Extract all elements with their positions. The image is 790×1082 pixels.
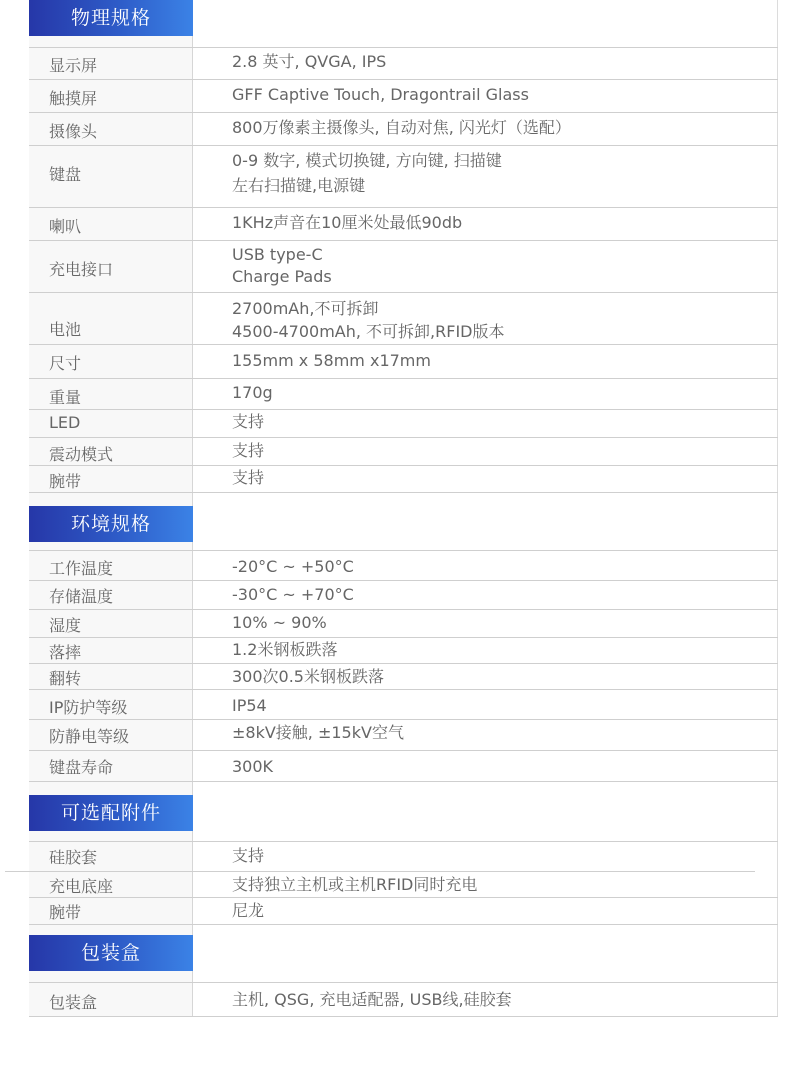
divider xyxy=(5,871,755,872)
spec-value: 300K xyxy=(232,756,772,778)
spec-value: USB type-C xyxy=(232,244,772,266)
spec-value: 1KHz声音在10厘米处最低90db xyxy=(232,212,772,234)
divider xyxy=(29,719,778,720)
spec-label: 充电底座 xyxy=(49,874,189,897)
divider xyxy=(29,841,778,842)
spec-value: 155mm x 58mm x17mm xyxy=(232,350,772,372)
divider xyxy=(29,437,778,438)
divider xyxy=(29,781,778,782)
spec-label: 震动模式 xyxy=(49,442,189,465)
divider xyxy=(29,663,778,664)
section-header-physical: 物理规格 xyxy=(29,0,193,36)
divider xyxy=(29,492,778,493)
divider xyxy=(29,1016,778,1017)
spec-value: 0-9 数字, 模式切换键, 方向键, 扫描键 xyxy=(232,150,772,172)
divider xyxy=(29,47,778,48)
spec-value: 10% ~ 90% xyxy=(232,612,772,634)
divider xyxy=(29,145,778,146)
spec-label: 翻转 xyxy=(49,666,189,689)
spec-label: 键盘 xyxy=(49,162,189,185)
divider xyxy=(29,924,778,925)
spec-label: 充电接口 xyxy=(49,257,189,280)
spec-label: 显示屏 xyxy=(49,53,189,76)
divider xyxy=(29,982,778,983)
divider xyxy=(29,344,778,345)
divider xyxy=(29,409,778,410)
spec-value: 主机, QSG, 充电适配器, USB线,硅胶套 xyxy=(232,989,772,1011)
spec-label: 电池 xyxy=(49,317,189,340)
spec-label: 工作温度 xyxy=(49,556,189,579)
spec-value: 2700mAh,不可拆卸 xyxy=(232,298,772,320)
divider xyxy=(29,112,778,113)
divider xyxy=(29,79,778,80)
spec-value: 支持 xyxy=(232,440,772,462)
spec-sheet: 物理规格 显示屏 2.8 英寸, QVGA, IPS 触摸屏 GFF Capti… xyxy=(29,0,778,1017)
spec-value: GFF Captive Touch, Dragontrail Glass xyxy=(232,84,772,106)
divider xyxy=(29,292,778,293)
spec-value: ±8kV接触, ±15kV空气 xyxy=(232,722,772,744)
spec-value: 170g xyxy=(232,382,772,404)
divider xyxy=(29,240,778,241)
divider xyxy=(29,550,778,551)
spec-value: IP54 xyxy=(232,695,772,717)
spec-label: 重量 xyxy=(49,385,189,408)
divider xyxy=(29,465,778,466)
section-header-environment: 环境规格 xyxy=(29,506,193,542)
spec-label: 湿度 xyxy=(49,613,189,636)
spec-value: Charge Pads xyxy=(232,266,772,288)
spec-label: LED xyxy=(49,413,189,432)
spec-label: 尺寸 xyxy=(49,351,189,374)
spec-label: 触摸屏 xyxy=(49,86,189,109)
spec-value: -20°C ~ +50°C xyxy=(232,556,772,578)
section-header-accessories: 可选配附件 xyxy=(29,795,193,831)
spec-label: 腕带 xyxy=(49,900,189,923)
spec-value: 尼龙 xyxy=(232,900,772,922)
spec-label: 硅胶套 xyxy=(49,845,189,868)
divider xyxy=(29,378,778,379)
spec-value: 支持 xyxy=(232,467,772,489)
divider xyxy=(29,897,778,898)
spec-value: 300次0.5米钢板跌落 xyxy=(232,666,772,688)
spec-value: 支持 xyxy=(232,845,772,867)
divider xyxy=(29,609,778,610)
spec-label: 腕带 xyxy=(49,469,189,492)
divider xyxy=(29,750,778,751)
spec-value: 左右扫描键,电源键 xyxy=(232,175,772,197)
spec-label: 存储温度 xyxy=(49,584,189,607)
spec-value: 支持独立主机或主机RFID同时充电 xyxy=(232,874,772,896)
spec-label: 键盘寿命 xyxy=(49,755,189,778)
spec-label: 摄像头 xyxy=(49,119,189,142)
right-border xyxy=(777,0,778,1017)
spec-value: 2.8 英寸, QVGA, IPS xyxy=(232,51,772,73)
spec-label: 落摔 xyxy=(49,640,189,663)
divider xyxy=(29,637,778,638)
spec-label: 包装盒 xyxy=(49,990,189,1013)
divider xyxy=(29,580,778,581)
spec-value: 支持 xyxy=(232,411,772,433)
divider xyxy=(29,689,778,690)
spec-value: 4500-4700mAh, 不可拆卸,RFID版本 xyxy=(232,321,772,343)
spec-label: IP防护等级 xyxy=(49,695,189,718)
spec-label: 喇叭 xyxy=(49,214,189,237)
divider xyxy=(29,207,778,208)
spec-value: 800万像素主摄像头, 自动对焦, 闪光灯（选配） xyxy=(232,117,772,139)
spec-label: 防静电等级 xyxy=(49,724,189,747)
spec-value: 1.2米钢板跌落 xyxy=(232,639,772,661)
section-header-packaging: 包装盒 xyxy=(29,935,193,971)
spec-value: -30°C ~ +70°C xyxy=(232,584,772,606)
